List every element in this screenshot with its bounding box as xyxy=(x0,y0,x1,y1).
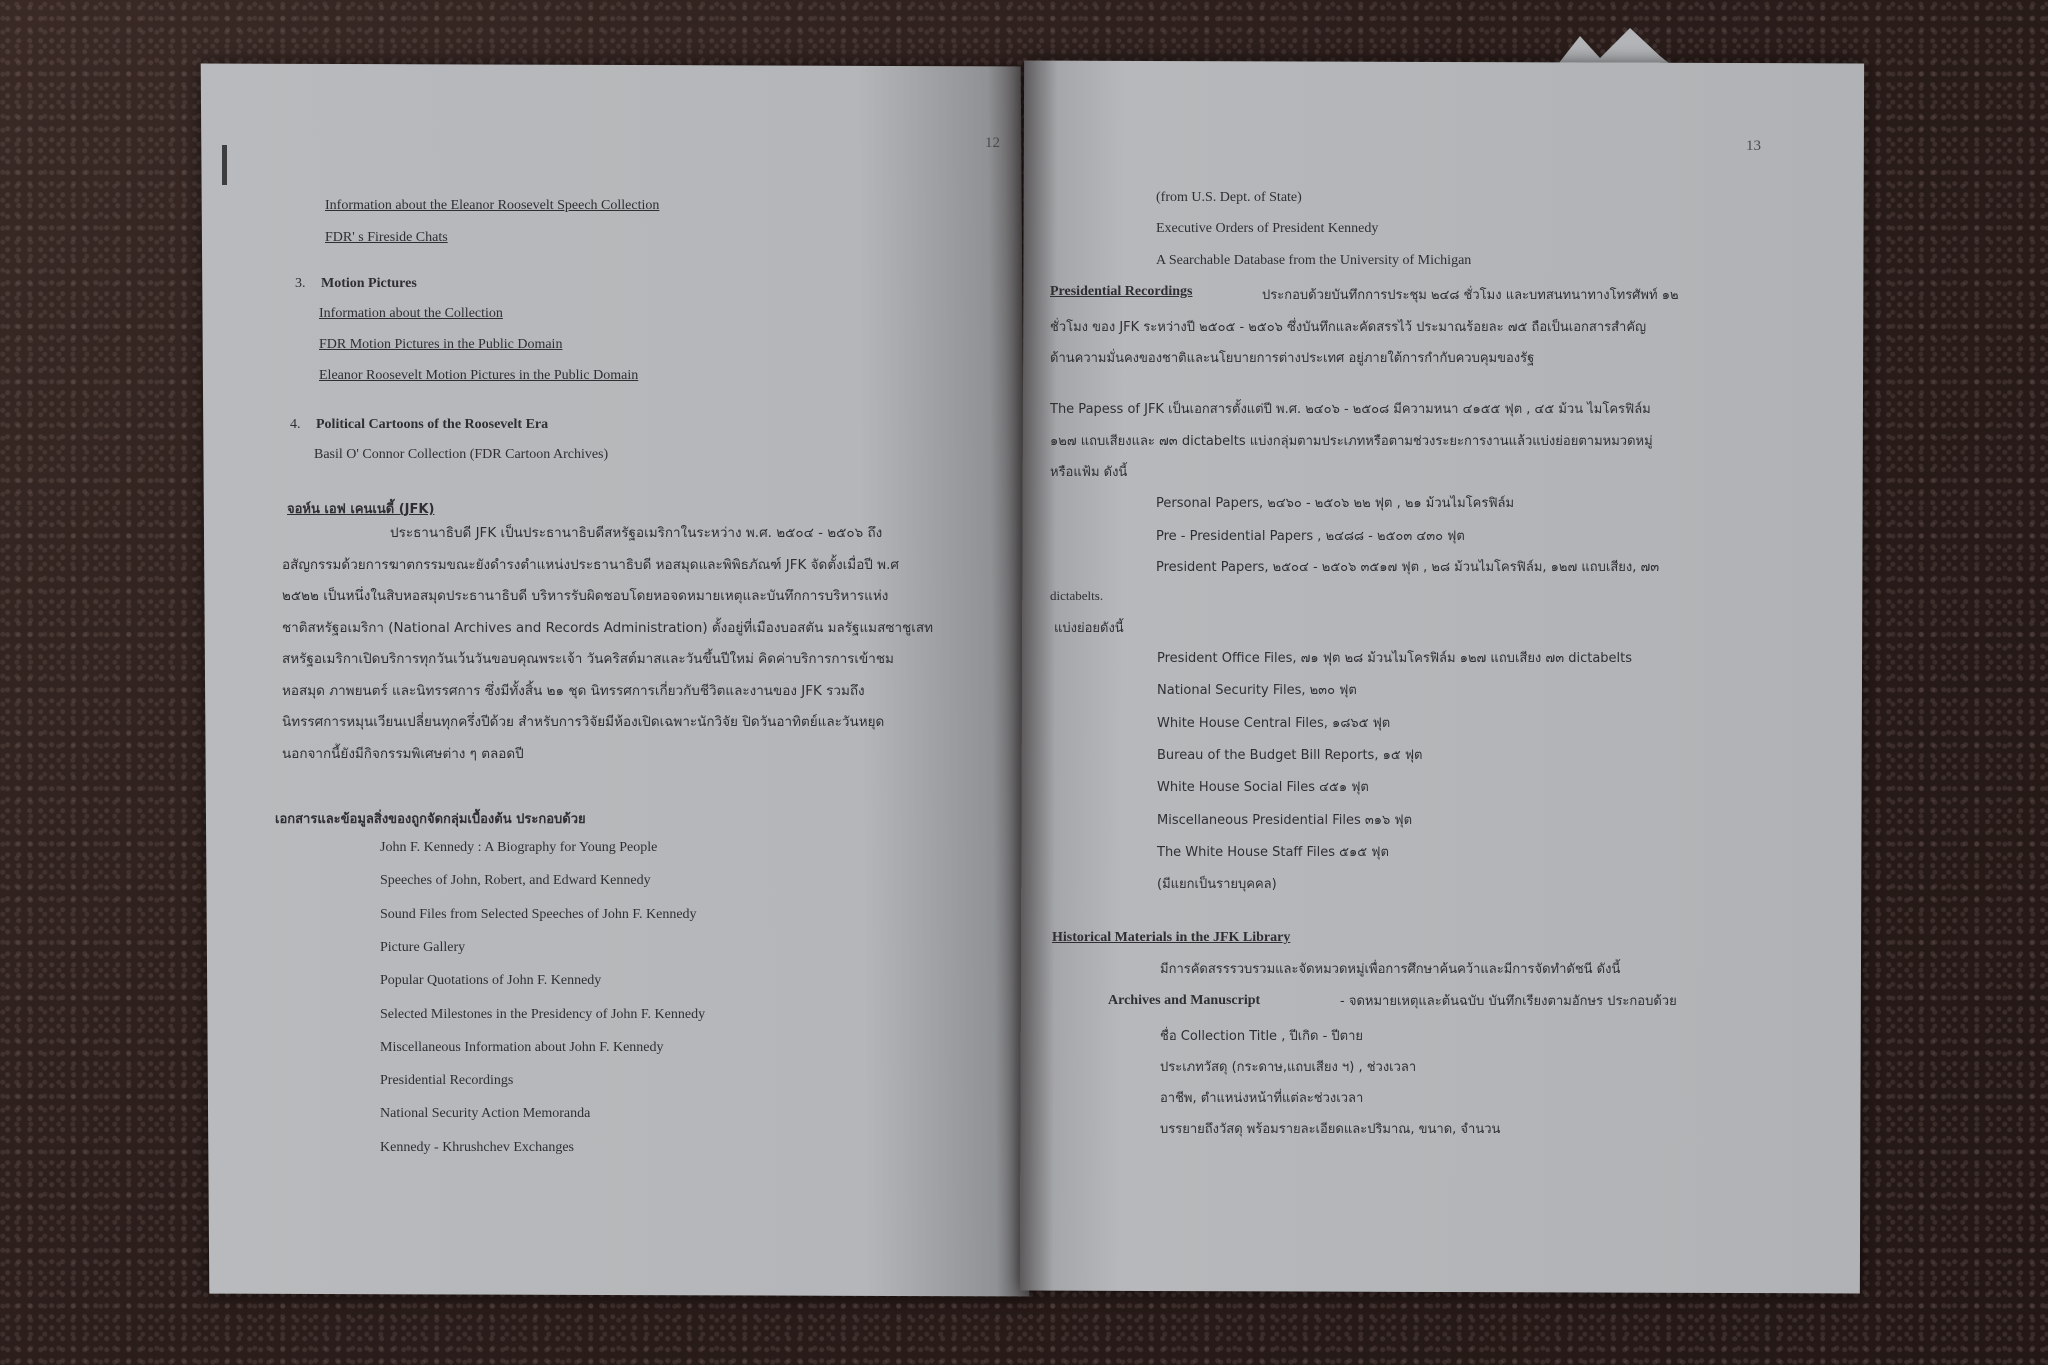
papers-line: ๑๒๗ แถบเสียงและ ๗๓ dictabelts แบ่งกลุ่มต… xyxy=(1050,430,1653,451)
material-item: Sound Files from Selected Speeches of Jo… xyxy=(380,907,697,923)
recordings-line: ด้านความมั่นคงของชาติและนโยบายการต่างประ… xyxy=(1050,347,1534,368)
historical-intro: มีการคัดสรรรวบรวมและจัดหมวดหมู่เพื่อการศ… xyxy=(1160,958,1620,979)
papers-wrap: dictabelts. xyxy=(1050,588,1103,604)
material-item: John F. Kennedy : A Biography for Young … xyxy=(380,840,657,856)
historical-field: ประเภทวัสดุ (กระดาษ,แถบเสียง ฯ) , ช่วงเว… xyxy=(1160,1056,1416,1077)
section3-number: 3. xyxy=(295,276,306,292)
historical-field: บรรยายถึงวัสดุ พร้อมรายละเอียดและปริมาณ,… xyxy=(1160,1118,1500,1139)
archives-label: Archives and Manuscript xyxy=(1108,993,1260,1009)
historical-materials-heading: Historical Materials in the JFK Library xyxy=(1052,930,1290,946)
sub-item: Bureau of the Budget Bill Reports, ๑๕ ฟุ… xyxy=(1157,744,1422,765)
link-eleanor-speech-collection[interactable]: Information about the Eleanor Roosevelt … xyxy=(325,198,659,214)
papers-group: Personal Papers, ๒๔๖๐ - ๒๕๐๖ ๒๒ ฟุต , ๒๑… xyxy=(1156,492,1514,513)
link-fdr-motion-pictures[interactable]: FDR Motion Pictures in the Public Domain xyxy=(319,337,562,353)
top-item: A Searchable Database from the Universit… xyxy=(1156,253,1471,269)
top-item: (from U.S. Dept. of State) xyxy=(1156,190,1302,206)
basil-oconnor-collection: Basil O' Connor Collection (FDR Cartoon … xyxy=(314,447,608,463)
jfk-paragraph-line: นอกจากนี้ยังมีกิจกรรมพิเศษต่าง ๆ ตลอดปี xyxy=(282,739,1002,771)
papers-group: Pre - Presidential Papers , ๒๔๘๘ - ๒๕๐๓ … xyxy=(1156,525,1465,546)
jfk-paragraph-line: ประธานาธิบดี JFK เป็นประธานาธิบดีสหรัฐอเ… xyxy=(282,518,1002,550)
jfk-paragraph-line: ๒๕๒๒ เป็นหนึ่งในสิบหอสมุดประธานาธิบดี บร… xyxy=(282,581,1002,613)
sub-item: President Office Files, ๗๑ ฟุต ๒๘ ม้วนไม… xyxy=(1157,647,1632,668)
page-number-right: 13 xyxy=(1746,138,1761,155)
margin-mark xyxy=(222,145,227,185)
sub-item: White House Social Files ๔๕๑ ฟุต xyxy=(1157,776,1369,797)
link-fdr-fireside-chats[interactable]: FDR' s Fireside Chats xyxy=(325,230,448,246)
sub-item: National Security Files, ๒๓๐ ฟุต xyxy=(1157,679,1357,700)
jfk-paragraph-line: นิทรรศการหมุนเวียนเปลี่ยนทุกครึ่งปีด้วย … xyxy=(282,707,1002,739)
materials-heading: เอกสารและข้อมูลสิ่งของถูกจัดกลุ่มเบื้องต… xyxy=(275,808,586,829)
jfk-paragraph-line: หอสมุด ภาพยนตร์ และนิทรรศการ ซึ่งมีทั้งส… xyxy=(282,676,1002,708)
material-item: Miscellaneous Information about John F. … xyxy=(380,1040,664,1056)
material-item: Selected Milestones in the Presidency of… xyxy=(380,1007,705,1023)
material-item: Picture Gallery xyxy=(380,940,465,956)
material-item: Kennedy - Khrushchev Exchanges xyxy=(380,1140,574,1156)
archives-desc: - จดหมายเหตุและต้นฉบับ บันทึกเรียงตามอัก… xyxy=(1340,990,1677,1011)
material-item: National Security Action Memoranda xyxy=(380,1106,590,1122)
presidential-recordings-heading: Presidential Recordings xyxy=(1050,284,1192,300)
jfk-paragraph-line: อสัญกรรมด้วยการฆาตกรรมขณะยังดำรงตำแหน่งป… xyxy=(282,550,1002,582)
sub-item: White House Central Files, ๑๘๖๕ ฟุต xyxy=(1157,712,1390,733)
section4-title: Political Cartoons of the Roosevelt Era xyxy=(316,417,548,433)
recordings-line: ชั่วโมง ของ JFK ระหว่างปี ๒๕๐๕ - ๒๕๐๖ ซึ… xyxy=(1050,316,1646,337)
jfk-heading: จอห์น เอฟ เคนเนดี้ (JFK) xyxy=(287,498,434,519)
jfk-paragraph-line: สหรัฐอเมริกาเปิดบริการทุกวันเว้นวันขอบคุ… xyxy=(282,644,1002,676)
material-item: Speeches of John, Robert, and Edward Ken… xyxy=(380,873,651,889)
historical-field: อาชีพ, ตำแหน่งหน้าที่แต่ละช่วงเวลา xyxy=(1160,1087,1363,1108)
top-item: Executive Orders of President Kennedy xyxy=(1156,221,1378,237)
sub-item: The White House Staff Files ๕๑๕ ฟุต xyxy=(1157,841,1389,862)
jfk-paragraph: ประธานาธิบดี JFK เป็นประธานาธิบดีสหรัฐอเ… xyxy=(282,518,1002,770)
recordings-line: ประกอบด้วยบันทึกการประชุม ๒๔๘ ชั่วโมง แล… xyxy=(1262,284,1679,305)
papers-line: The Papess of JFK เป็นเอกสารตั้งแต่ปี พ.… xyxy=(1050,398,1651,419)
right-page xyxy=(1020,61,1864,1294)
link-eleanor-motion-pictures[interactable]: Eleanor Roosevelt Motion Pictures in the… xyxy=(319,368,638,384)
section4-number: 4. xyxy=(290,417,301,433)
papers-group: President Papers, ๒๕๐๔ - ๒๕๐๖ ๓๕๑๗ ฟุต ,… xyxy=(1156,556,1659,577)
papers-line: หรือแฟ้ม ดังนี้ xyxy=(1050,461,1127,482)
historical-field: ชื่อ Collection Title , ปีเกิด - ปีตาย xyxy=(1160,1025,1363,1046)
jfk-paragraph-line: ชาติสหรัฐอเมริกา (National Archives and … xyxy=(282,613,1002,645)
material-item: Presidential Recordings xyxy=(380,1073,513,1089)
page-number-left: 12 xyxy=(985,135,1000,152)
sub-heading: แบ่งย่อยดังนี้ xyxy=(1054,617,1124,638)
link-motion-collection-info[interactable]: Information about the Collection xyxy=(319,306,503,322)
material-item: Popular Quotations of John F. Kennedy xyxy=(380,973,601,989)
sub-item: Miscellaneous Presidential Files ๓๑๖ ฟุต xyxy=(1157,809,1412,830)
section3-title: Motion Pictures xyxy=(321,276,417,292)
sub-item: (มีแยกเป็นรายบุคคล) xyxy=(1157,873,1277,894)
